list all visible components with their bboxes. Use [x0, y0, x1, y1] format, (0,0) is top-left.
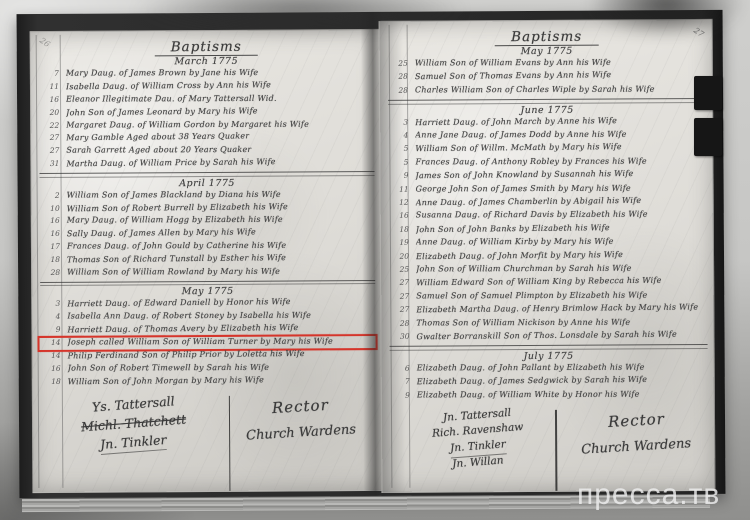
entry-text: John Son of Robert Timewell by Sarah his… [68, 363, 270, 373]
entry-text: William Son of William Evans by Ann his … [415, 58, 611, 68]
entry-text: Martha Daug. of William Price by Sarah h… [66, 157, 275, 168]
register-entry: 28William Son of William Rowland by Mary… [40, 266, 375, 281]
entry-day-number: 22 [39, 120, 66, 129]
entry-day-number: 18 [41, 377, 68, 386]
entry-day-number: 27 [389, 278, 416, 287]
book-clasp-bottom [694, 118, 722, 156]
entry-text: Frances Daug. of Anthony Robley by Franc… [415, 156, 646, 166]
church-wardens-label: Church Wardens [245, 422, 356, 443]
entry-text: Joseph called William Son of William Tur… [68, 337, 334, 347]
entry-text: William Son of Willm. McMath by Mary his… [415, 142, 622, 153]
right-page-content: Baptisms May 177525William Son of Willia… [388, 24, 709, 472]
left-page-sections: March 17757Mary Daug. of James Brown by … [39, 55, 376, 390]
entry-day-number: 12 [389, 198, 416, 207]
entry-text: Mary Gamble Aged about 38 Years Quaker [66, 132, 249, 143]
entry-text: Thomas Son of Richard Tunstall by Esther… [67, 253, 286, 264]
entry-text: Elizabeth Martha Daug. of Henry Brimlow … [416, 303, 698, 315]
rector-label: Rector [608, 410, 666, 431]
entry-text: Samuel Son of Thomas Evans by Ann his Wi… [415, 70, 611, 81]
entry-text: William Edward Son of William King by Re… [416, 276, 662, 288]
entry-text: John Son of James Leonard by Mary his Wi… [66, 106, 258, 117]
entry-day-number: 16 [41, 364, 68, 373]
entry-day-number: 28 [388, 72, 415, 81]
entry-day-number: 3 [40, 299, 67, 308]
register-entry: 9Elizabeth Daug. of William White by Hon… [390, 389, 708, 404]
entry-day-number: 11 [39, 82, 66, 91]
entry-day-number: 20 [39, 108, 66, 117]
entry-day-number: 16 [40, 216, 67, 225]
entry-day-number: 17 [40, 242, 67, 251]
register-entry: 30Gwalter Borranskill Son of Thos. Lonsd… [389, 330, 707, 345]
register-book: 26 Baptisms March 17757Mary Daug. of Jam… [17, 10, 726, 498]
entry-day-number: 30 [389, 332, 416, 341]
entry-text: William Son of William Rowland by Mary h… [67, 267, 280, 277]
entry-day-number: 25 [389, 265, 416, 274]
entry-text: Anne Daug. of William Kirby by Mary his … [416, 237, 614, 247]
register-entry: 31Martha Daug. of William Price by Sarah… [39, 157, 374, 172]
entry-text: Harriett Daug. of Edward Daniell by Hono… [67, 297, 290, 308]
entry-text: Eleanor Illegitimate Dau. of Mary Tatter… [66, 94, 277, 104]
entry-text: Margaret Daug. of William Gordon by Marg… [66, 119, 309, 129]
entry-text: Samuel Son of Samuel Plimpton by Elizabe… [416, 290, 647, 300]
entry-text: Mary Daug. of William Hogg by Elizabeth … [67, 215, 283, 225]
rector-label: Rector [272, 395, 330, 416]
entry-text: Charles William Son of Charles Wiple by … [415, 84, 655, 94]
signatures-right-column: RectorChurch Wardens [225, 393, 376, 452]
entry-day-number: 16 [389, 211, 416, 220]
entry-text: Gwalter Borranskill Son of Thos. Lonsdal… [416, 329, 677, 341]
church-wardens-label: Church Wardens [581, 436, 692, 457]
signature: Jn. Willan [452, 454, 504, 473]
book-clasp-top [694, 76, 722, 110]
entry-day-number: 28 [389, 318, 416, 327]
watermark: пресса.тв [577, 478, 720, 512]
entry-text: Philip Ferdinand Son of Philip Prior by … [68, 349, 305, 360]
entry-day-number: 25 [388, 59, 415, 68]
register-entry: 28Charles William Son of Charles Wiple b… [388, 84, 706, 99]
left-page-content: Baptisms March 17757Mary Daug. of James … [39, 34, 377, 453]
entry-text: George John Son of James Smith by Mary h… [416, 183, 631, 193]
right-page: 27 Baptisms May 177525William Son of Wil… [379, 19, 716, 493]
entry-day-number: 27 [39, 133, 66, 142]
entry-day-number: 14 [41, 338, 68, 347]
signatures-left-column: Ys. TattersallMichl. ThatchettJn. Tinkle… [41, 393, 226, 452]
entry-text: William Son of James Blackland by Diana … [67, 189, 281, 199]
signatures-left-column: Jn. TattersallRich. RavenshawJn. Tinkler… [390, 408, 565, 472]
entry-text: Sally Daug. of James Allen by Mary his W… [67, 228, 256, 239]
entry-text: Elizabeth Daug. of John Pallant by Eliza… [417, 362, 645, 372]
entry-text: William Son of Robert Burrell by Elizabe… [67, 202, 288, 213]
entry-day-number: 20 [389, 251, 416, 260]
entry-day-number: 7 [39, 69, 66, 78]
entry-day-number: 9 [40, 325, 67, 334]
entry-day-number: 6 [390, 364, 417, 373]
entry-text: Anne Daug. of James Chamberlin by Abigai… [416, 196, 642, 207]
right-page-sections: May 177525William Son of William Evans b… [388, 45, 708, 404]
entry-text: Isabella Ann Daug. of Robert Stoney by I… [67, 311, 311, 321]
entry-text: William Son of John Morgan by Mary his W… [68, 375, 264, 386]
entry-day-number: 4 [40, 312, 67, 321]
entry-text: John Son of John Banks by Elizabeth his … [416, 223, 610, 234]
entry-text: Elizabeth Daug. of William White by Hono… [417, 389, 640, 399]
entry-day-number: 2 [40, 190, 67, 199]
entry-day-number: 31 [39, 159, 66, 168]
entry-day-number: 5 [388, 158, 415, 167]
right-page-title: Baptisms [388, 25, 706, 47]
entry-day-number: 18 [40, 255, 67, 264]
entry-text: James Son of John Knowland by Susannah h… [415, 169, 633, 180]
entry-text: Anne Jane Daug. of James Dodd by Anne hi… [415, 130, 626, 140]
left-page-signatures: Ys. TattersallMichl. ThatchettJn. Tinkle… [41, 393, 376, 453]
register-entry: 18William Son of John Morgan by Mary his… [41, 375, 376, 390]
entry-text: Sarah Garrett Aged about 20 Years Quaker [66, 145, 251, 155]
entry-day-number: 27 [39, 146, 66, 155]
entry-day-number: 18 [389, 225, 416, 234]
entry-day-number: 28 [40, 268, 67, 277]
entry-day-number: 7 [390, 377, 417, 386]
entry-day-number: 19 [389, 238, 416, 247]
entry-day-number: 10 [40, 203, 67, 212]
entry-text: Harriett Daug. of Thomas Avery by Elizab… [67, 323, 298, 334]
entry-text: Elizabeth Daug. of James Sedgwick by Sar… [417, 375, 648, 386]
entry-text: Elizabeth Daug. of John Morfit by Mary h… [416, 250, 623, 261]
entry-day-number: 27 [389, 305, 416, 314]
entry-text: Thomas Son of William Nickison by Anne h… [416, 317, 630, 327]
entry-day-number: 11 [389, 184, 416, 193]
entry-text: Mary Daug. of James Brown by Jane his Wi… [66, 68, 259, 78]
entry-day-number: 16 [40, 229, 67, 238]
entry-text: Isabella Daug. of William Cross by Ann h… [66, 80, 271, 91]
signatures-right-column: RectorChurch Wardens [565, 407, 708, 471]
entry-day-number: 9 [388, 171, 415, 180]
entry-text: Frances Daug. of John Gould by Catherine… [67, 241, 286, 251]
entry-day-number: 4 [388, 131, 415, 140]
right-page-signatures: Jn. TattersallRich. RavenshawJn. Tinkler… [390, 407, 708, 472]
entry-day-number: 14 [41, 351, 68, 360]
left-page: 26 Baptisms March 17757Mary Daug. of Jam… [30, 29, 384, 493]
entry-day-number: 16 [39, 95, 66, 104]
entry-text: John Son of William Churchman by Sarah h… [416, 264, 632, 274]
entry-day-number: 28 [388, 86, 415, 95]
entry-day-number: 9 [390, 390, 417, 399]
left-page-title: Baptisms [39, 35, 374, 57]
entry-day-number: 5 [388, 144, 415, 153]
entry-day-number: 3 [388, 117, 415, 126]
entry-text: Susanna Daug. of Richard Davis by Elizab… [416, 210, 648, 220]
entry-day-number: 27 [389, 291, 416, 300]
photo-background: 26 Baptisms March 17757Mary Daug. of Jam… [0, 0, 750, 520]
entry-text: Harriett Daug. of John March by Anne his… [415, 116, 617, 127]
signature: Jn. Tinkler [99, 430, 167, 455]
